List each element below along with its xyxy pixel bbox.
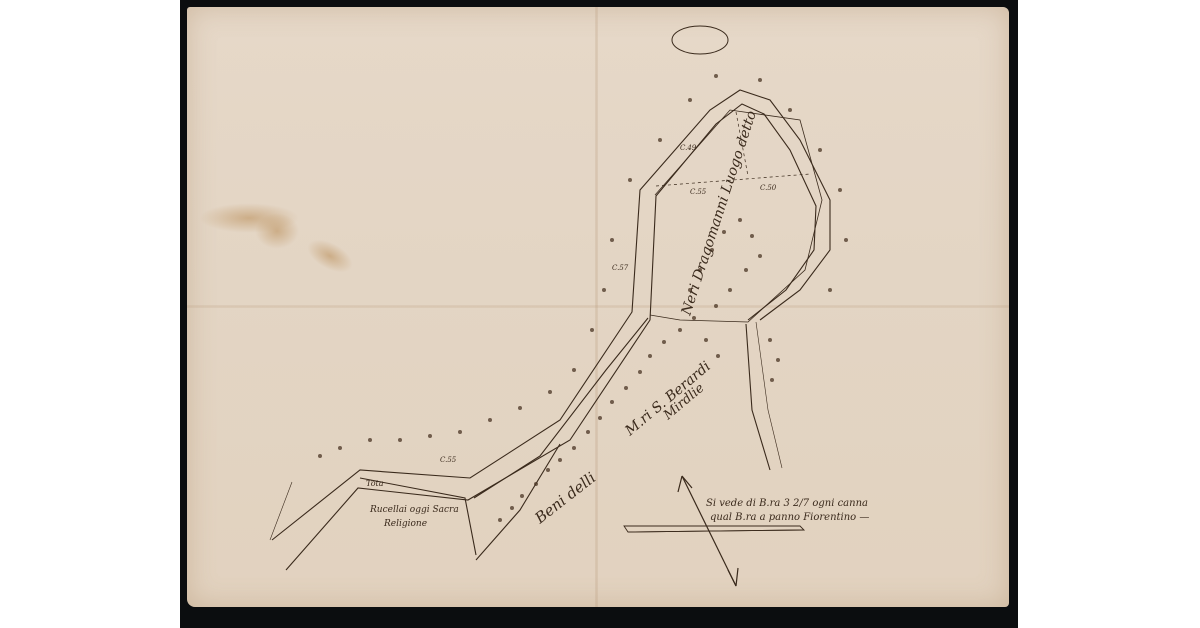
label-monastery: M.ri S. Berardi — [622, 359, 714, 440]
label-rucellai-1: Rucellai oggi Sacra — [369, 505, 459, 515]
map-drawing: Beni delli M.ri S. Berardi Mirdlie Neri … — [0, 0, 1200, 628]
scale-note-1: Si vede di B.ra 3 2/7 ogni canna — [706, 498, 868, 509]
measure-label: C.50 — [760, 184, 777, 192]
scale-note-2: qual B.ra a panno Fiorentino — — [710, 512, 869, 523]
label-tota: Tota — [366, 479, 384, 488]
scale-bar — [624, 526, 804, 532]
label-vertical: Neri Dragomanni Luogo detto — [678, 109, 760, 318]
measure-label: C.55 — [440, 456, 457, 464]
measure-label: C.57 — [612, 264, 629, 272]
pond-drawing — [672, 26, 728, 54]
label-rucellai-2: Religione — [383, 519, 427, 529]
label-beni: Beni delli — [531, 469, 600, 528]
measure-label: C.55 — [690, 188, 707, 196]
measure-label: C.49 — [680, 144, 697, 152]
